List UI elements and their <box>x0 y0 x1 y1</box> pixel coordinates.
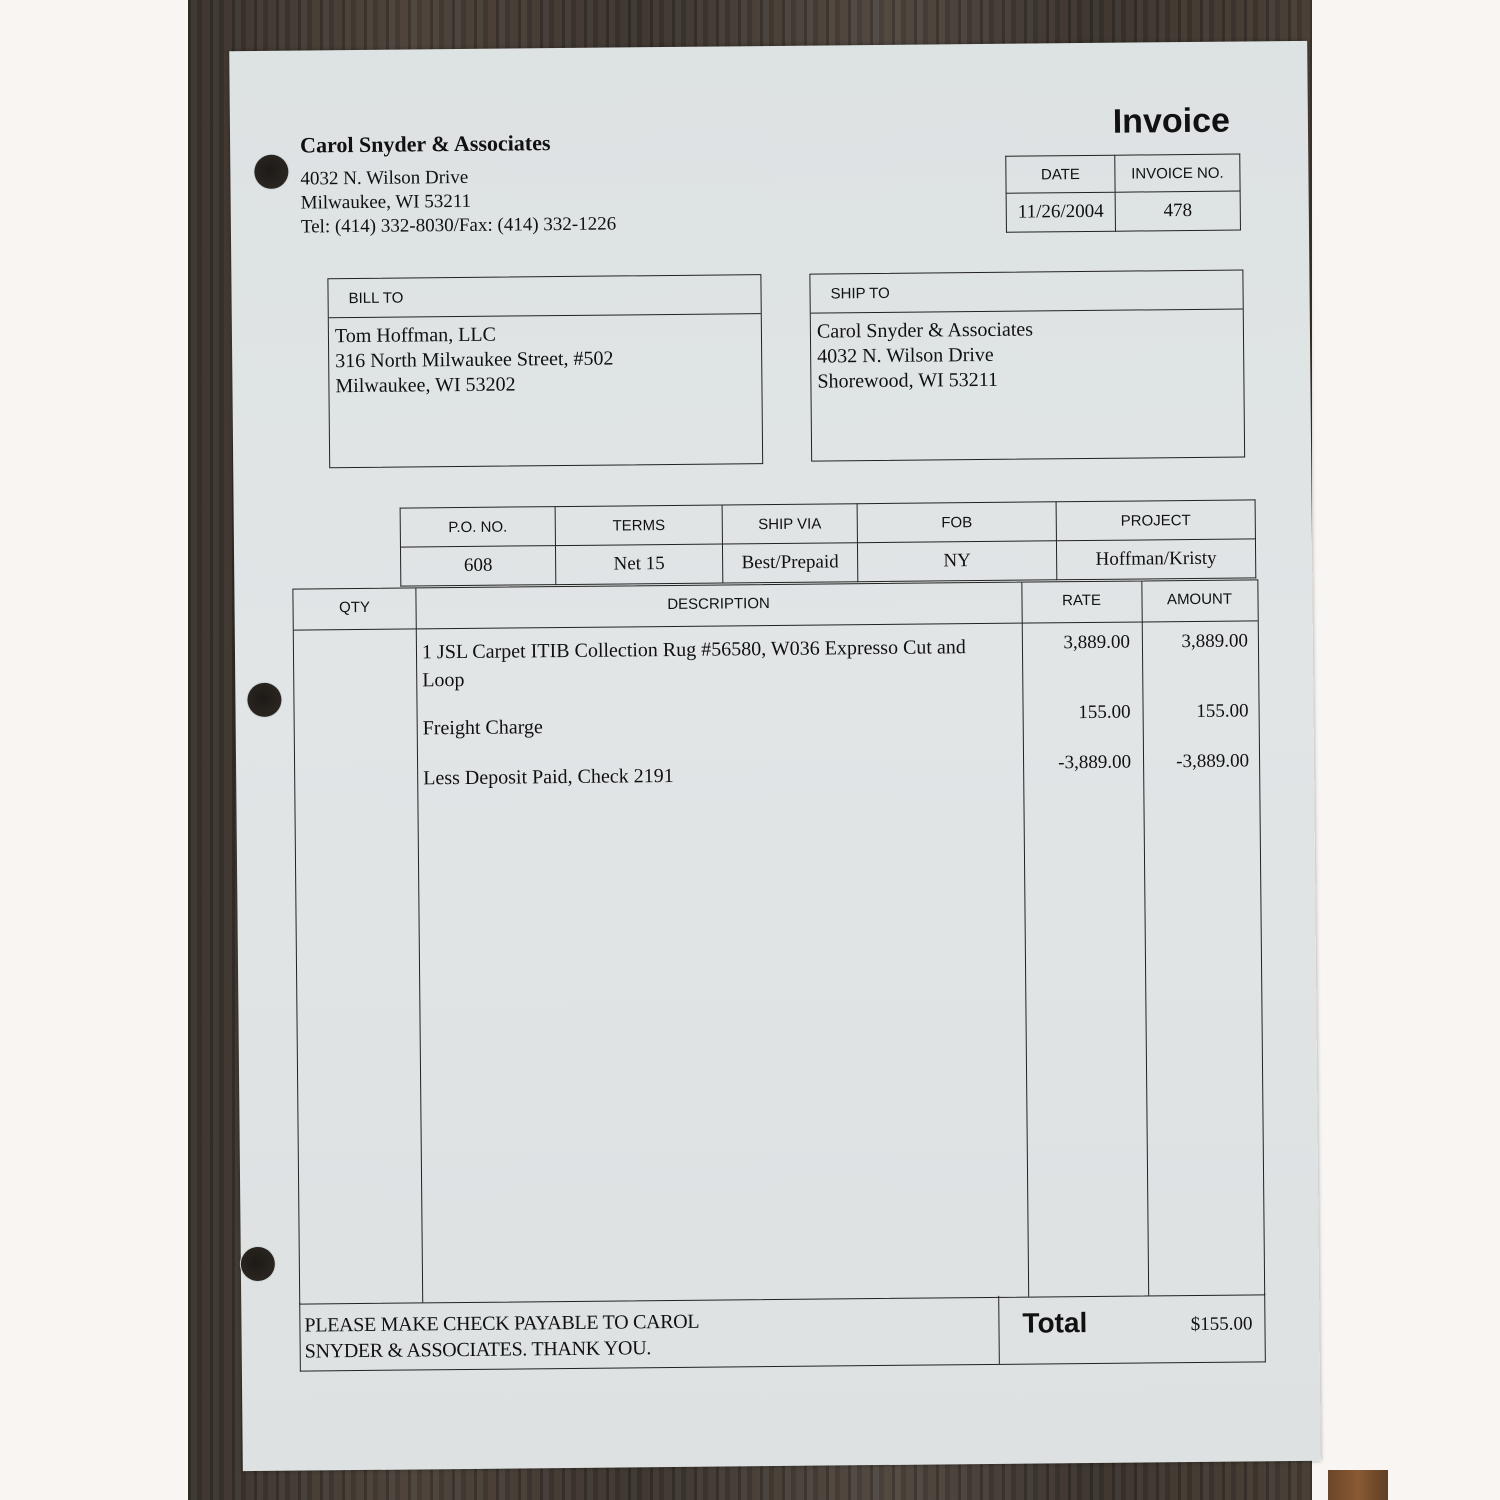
punch-hole-middle <box>247 683 281 717</box>
bill-to-box: BILL TO Tom Hoffman, LLC 316 North Milwa… <box>327 274 763 468</box>
terms-header: TERMS <box>555 505 722 546</box>
invoice-no-header: INVOICE NO. <box>1115 154 1240 192</box>
po-no-value: 608 <box>400 546 555 586</box>
company-phone-fax: Tel: (414) 332-8030/Fax: (414) 332-1226 <box>301 214 616 239</box>
payment-note: PLEASE MAKE CHECK PAYABLE TO CAROL SNYDE… <box>304 1309 699 1365</box>
ship-via-header: SHIP VIA <box>722 504 857 544</box>
bill-to-label: BILL TO <box>328 275 760 318</box>
total-value: $155.00 <box>1191 1313 1253 1336</box>
terms-value: Net 15 <box>555 544 722 585</box>
rate-header: RATE <box>1021 591 1141 609</box>
invoice-footer: PLEASE MAKE CHECK PAYABLE TO CAROL SNYDE… <box>299 1293 1266 1371</box>
invoice-date: 11/26/2004 <box>1006 192 1115 232</box>
company-address-line1: 4032 N. Wilson Drive <box>300 167 468 191</box>
item-amount: -3,889.00 <box>1176 750 1249 773</box>
ship-via-value: Best/Prepaid <box>722 543 857 583</box>
item-description: 1 JSL Carpet ITIB Collection Rug #56580,… <box>422 633 966 666</box>
column-divider <box>415 588 423 1302</box>
item-rate: 3,889.00 <box>1063 632 1130 655</box>
total-label: Total <box>1022 1307 1087 1340</box>
date-header: DATE <box>1006 155 1115 193</box>
payment-note-line: SNYDER & ASSOCIATES. THANK YOU. <box>305 1335 700 1365</box>
ship-to-label: SHIP TO <box>810 270 1242 313</box>
footer-divider <box>998 1296 1000 1364</box>
ship-to-box: SHIP TO Carol Snyder & Associates 4032 N… <box>809 269 1245 461</box>
po-no-header: P.O. NO. <box>400 507 555 547</box>
order-info-table: P.O. NO. TERMS SHIP VIA FOB PROJECT 608 … <box>400 499 1257 586</box>
item-description: Less Deposit Paid, Check 2191 <box>423 762 674 792</box>
document-title: Invoice <box>1113 102 1231 142</box>
item-description-cont: Loop <box>422 666 464 694</box>
fob-header: FOB <box>857 502 1056 543</box>
ship-to-line: Shorewood, WI 53211 <box>817 366 1237 395</box>
bill-to-line: Milwaukee, WI 53202 <box>335 370 755 399</box>
column-divider <box>1141 581 1149 1295</box>
amount-header: AMOUNT <box>1141 590 1257 608</box>
item-description: Freight Charge <box>423 713 543 742</box>
punch-hole-top <box>254 155 288 189</box>
fob-value: NY <box>857 541 1056 582</box>
line-items-table: QTY DESCRIPTION RATE AMOUNT 1 JSL Carpet… <box>292 579 1265 1304</box>
company-name: Carol Snyder & Associates <box>300 130 551 158</box>
column-divider <box>1021 583 1029 1297</box>
project-header: PROJECT <box>1056 500 1255 541</box>
company-address-line2: Milwaukee, WI 53211 <box>301 191 472 215</box>
qty-header: QTY <box>293 598 415 616</box>
item-rate: -3,889.00 <box>1058 752 1131 775</box>
invoice-paper: Carol Snyder & Associates 4032 N. Wilson… <box>229 41 1321 1471</box>
payment-note-line: PLEASE MAKE CHECK PAYABLE TO CAROL <box>304 1309 699 1339</box>
punch-hole-bottom <box>241 1247 275 1281</box>
item-rate: 155.00 <box>1078 702 1130 725</box>
item-amount: 3,889.00 <box>1181 630 1248 653</box>
wood-plank-warm <box>1328 1470 1388 1500</box>
item-amount: 155.00 <box>1196 700 1248 723</box>
invoice-number: 478 <box>1115 191 1240 231</box>
project-value: Hoffman/Kristy <box>1056 539 1255 580</box>
invoice-meta-table: DATE INVOICE NO. 11/26/2004 478 <box>1005 154 1241 233</box>
